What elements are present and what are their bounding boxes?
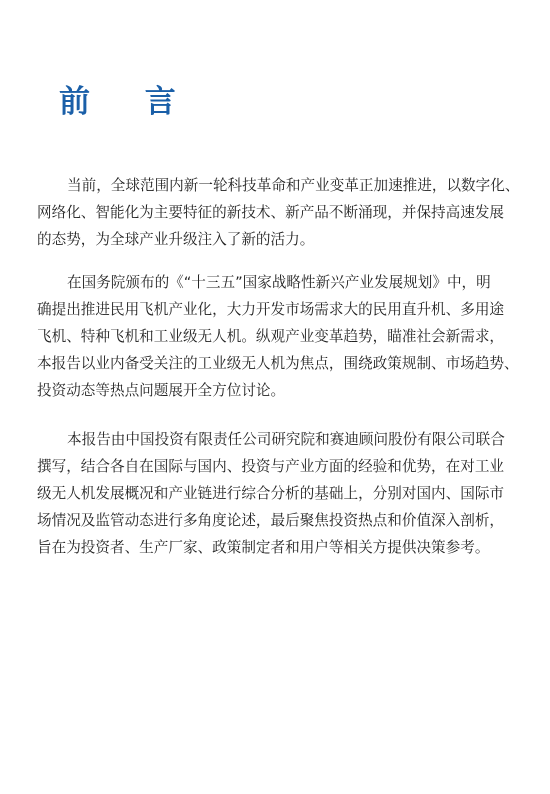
paragraph-line: 当前，全球范围内新一轮科技革命和产业变革正加速推进，以数字化、 xyxy=(37,172,515,199)
paragraph-line: 在国务院颁布的《“十三五”国家战略性新兴产业发展规划》中，明 xyxy=(37,269,515,296)
document-page: 前 言 当前，全球范围内新一轮科技革命和产业变革正加速推进，以数字化、 网络化、… xyxy=(0,0,550,794)
paragraph-policy: 在国务院颁布的《“十三五”国家战略性新兴产业发展规划》中，明 确提出推进民用飞机… xyxy=(37,269,515,404)
paragraph-line: 投资动态等热点问题展开全方位讨论。 xyxy=(37,377,515,404)
paragraph-line: 本报告以业内备受关注的工业级无人机为焦点，围绕政策规制、市场趋势、 xyxy=(37,350,515,377)
paragraph-line: 本报告由中国投资有限责任公司研究院和赛迪顾问股份有限公司联合 xyxy=(37,426,515,453)
page-title: 前 言 xyxy=(59,82,198,122)
paragraph-line: 级无人机发展概况和产业链进行综合分析的基础上，分别对国内、国际市 xyxy=(37,480,515,507)
paragraph-line: 的态势，为全球产业升级注入了新的活力。 xyxy=(37,226,515,253)
paragraph-intro: 当前，全球范围内新一轮科技革命和产业变革正加速推进，以数字化、 网络化、智能化为… xyxy=(37,172,515,253)
paragraph-line: 网络化、智能化为主要特征的新技术、新产品不断涌现，并保持高速发展 xyxy=(37,199,515,226)
paragraph-line: 撰写，结合各自在国际与国内、投资与产业方面的经验和优势，在对工业 xyxy=(37,453,515,480)
paragraph-line: 场情况及监管动态进行多角度论述，最后聚焦投资热点和价值深入剖析， xyxy=(37,507,515,534)
paragraph-line: 旨在为投资者、生产厂家、政策制定者和用户等相关方提供决策参考。 xyxy=(37,534,515,561)
paragraph-line: 确提出推进民用飞机产业化，大力开发市场需求大的民用直升机、多用途 xyxy=(37,296,515,323)
paragraph-line: 飞机、特种飞机和工业级无人机。纵观产业变革趋势，瞄准社会新需求， xyxy=(37,323,515,350)
paragraph-authors: 本报告由中国投资有限责任公司研究院和赛迪顾问股份有限公司联合 撰写，结合各自在国… xyxy=(37,426,515,561)
